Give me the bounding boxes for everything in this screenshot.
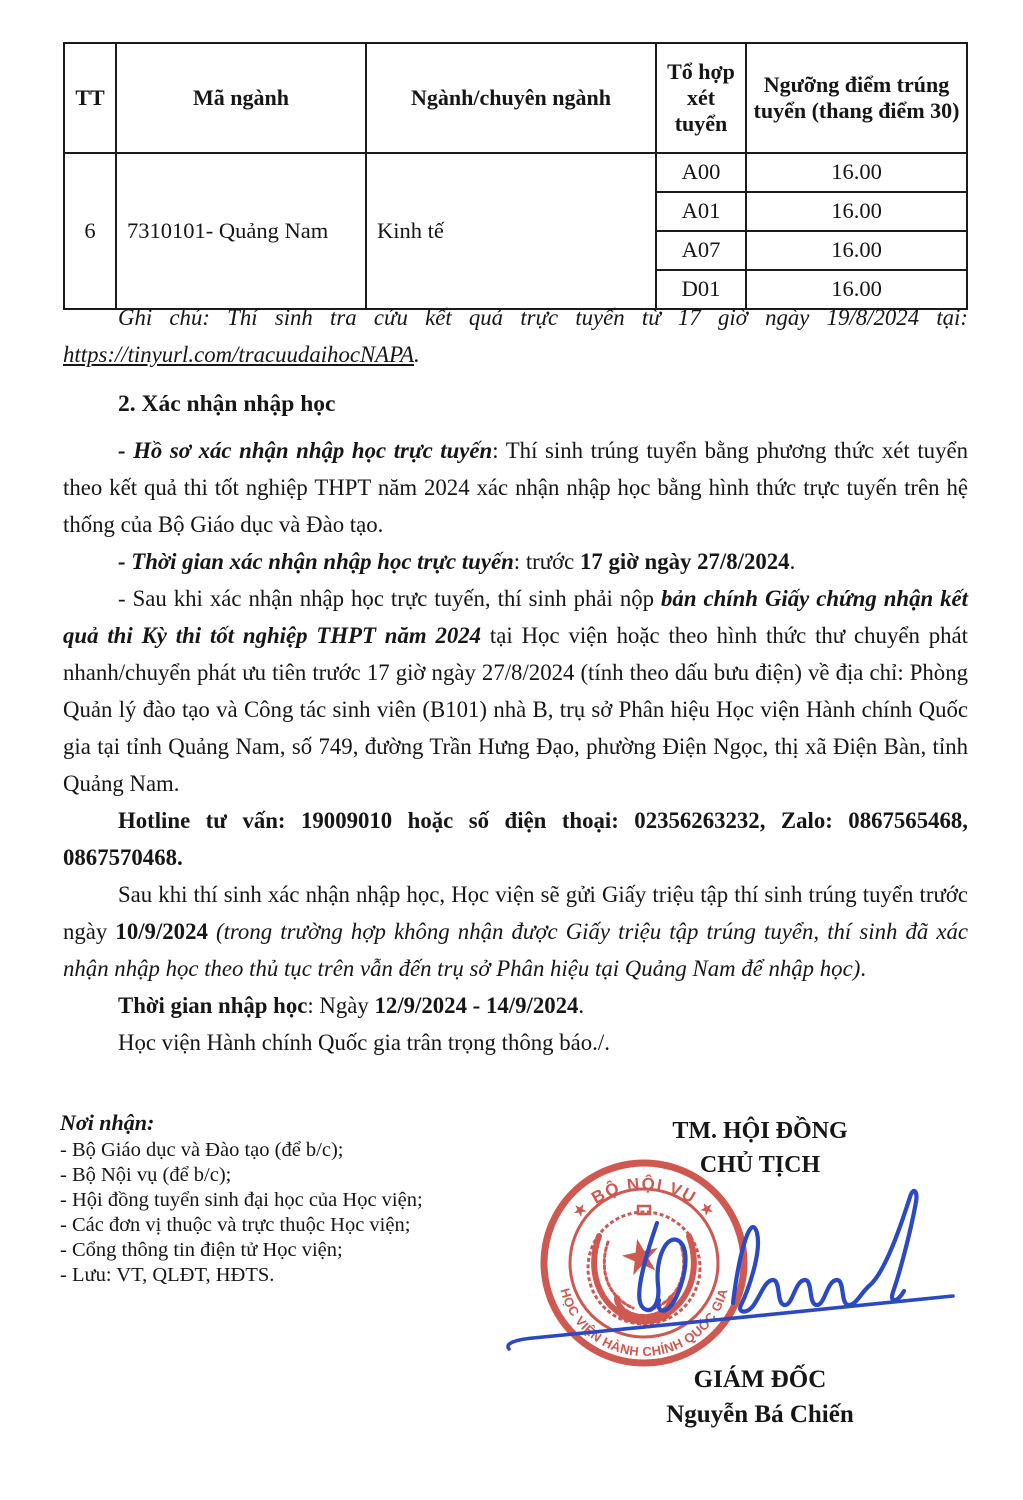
- paragraph-closing: Học viện Hành chính Quốc gia trân trọng …: [63, 1024, 968, 1061]
- cell-major-code: 7310101- Quảng Nam: [116, 153, 366, 309]
- cell-combo-code: A01: [656, 192, 746, 231]
- section-heading: 2. Xác nhận nhập học: [63, 386, 968, 423]
- paragraph-summons: Sau khi thí sinh xác nhận nhập học, Học …: [63, 876, 968, 987]
- document-body: Ghi chú: Thí sinh tra cứu kết quả trực t…: [63, 299, 968, 1061]
- recipient-item: - Bộ Nội vụ (để b/c);: [60, 1163, 490, 1188]
- table-header-row: TT Mã ngành Ngành/chuyên ngành Tổ hợp xé…: [64, 43, 967, 153]
- signature-stroke: [495, 1163, 970, 1358]
- cell-major-name: Kinh tế: [366, 153, 656, 309]
- cell-combo-code: A00: [656, 153, 746, 192]
- recipient-item: - Các đơn vị thuộc và trực thuộc Học việ…: [60, 1213, 490, 1238]
- col-header-major-name: Ngành/chuyên ngành: [366, 43, 656, 153]
- recipients-block: Nơi nhận: - Bộ Giáo dục và Đào tạo (để b…: [60, 1110, 490, 1288]
- signer-title: GIÁM ĐỐC: [520, 1362, 1000, 1397]
- cell-combo-score: 16.00: [746, 231, 967, 270]
- cell-combo-score: 16.00: [746, 153, 967, 192]
- document-page: TT Mã ngành Ngành/chuyên ngành Tổ hợp xé…: [0, 0, 1023, 1500]
- recipient-item: - Hội đồng tuyển sinh đại học của Học vi…: [60, 1188, 490, 1213]
- recipients-title: Nơi nhận:: [60, 1110, 490, 1135]
- recipient-item: - Bộ Giáo dục và Đào tạo (để b/c);: [60, 1138, 490, 1163]
- col-header-tt: TT: [64, 43, 116, 153]
- paragraph-submission: - Sau khi xác nhận nhập học trực tuyến, …: [63, 580, 968, 802]
- cell-tt: 6: [64, 153, 116, 309]
- table-row: 6 7310101- Quảng Nam Kinh tế A00 16.00: [64, 153, 967, 192]
- signer-block: GIÁM ĐỐC Nguyễn Bá Chiến: [520, 1362, 1000, 1432]
- signing-authority-line: TM. HỘI ĐỒNG: [520, 1114, 1000, 1148]
- paragraph-deadline: - Thời gian xác nhận nhập học trực tuyến…: [63, 543, 968, 580]
- col-header-combo: Tổ hợp xét tuyển: [656, 43, 746, 153]
- paragraph-enrollment-time: Thời gian nhập học: Ngày 12/9/2024 - 14/…: [63, 987, 968, 1024]
- paragraph-dossier: - Hồ sơ xác nhận nhập học trực tuyến: Th…: [63, 432, 968, 543]
- paragraph-hotline: Hotline tư vấn: 19009010 hoặc số điện th…: [63, 802, 968, 876]
- signer-name: Nguyễn Bá Chiến: [520, 1397, 1000, 1432]
- cell-combo-score: 16.00: [746, 192, 967, 231]
- admission-table: TT Mã ngành Ngành/chuyên ngành Tổ hợp xé…: [63, 42, 968, 310]
- note-link[interactable]: https://tinyurl.com/tracuudaihocNAPA: [63, 342, 414, 367]
- recipient-item: - Lưu: VT, QLĐT, HĐTS.: [60, 1263, 490, 1288]
- recipient-item: - Cổng thông tin điện tử Học viện;: [60, 1238, 490, 1263]
- col-header-score: Ngưỡng điểm trúng tuyển (thang điểm 30): [746, 43, 967, 153]
- note-paragraph: Ghi chú: Thí sinh tra cứu kết quả trực t…: [63, 299, 968, 373]
- cell-combo-code: A07: [656, 231, 746, 270]
- col-header-major-code: Mã ngành: [116, 43, 366, 153]
